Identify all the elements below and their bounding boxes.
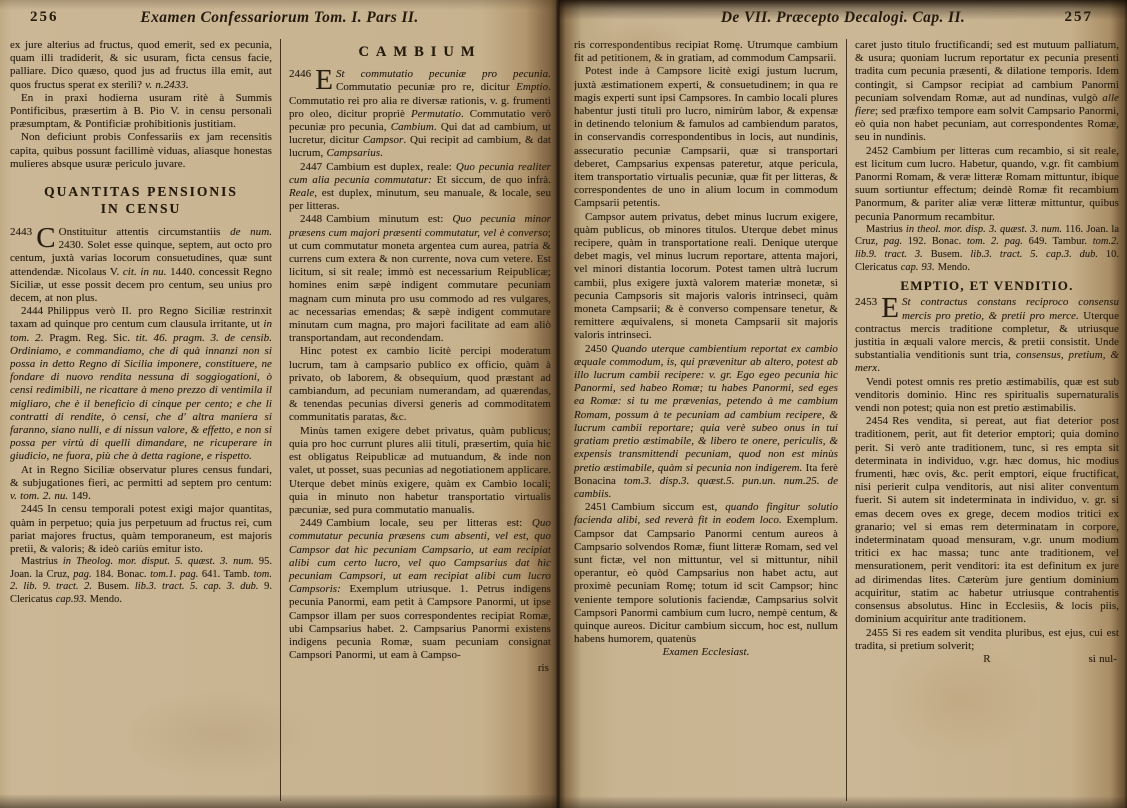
text-segment: Cambium siccum est, xyxy=(611,501,725,513)
paragraph-number: 2450 xyxy=(585,343,611,355)
column-foot-line: Rsi nul- xyxy=(855,653,1119,666)
text-segment: Mendo. xyxy=(87,594,122,605)
text-segment: 192. Bonac. xyxy=(902,236,967,247)
paragraph: Vendi potest omnis res pretio æstimabili… xyxy=(855,376,1119,416)
text-segment: Hinc potest ex cambio licitè percipi mod… xyxy=(289,345,551,423)
signature-mark: R xyxy=(855,653,1119,666)
paragraph-number: 2444 xyxy=(21,305,47,317)
section-heading: EMPTIO, ET VENDITIO. xyxy=(855,279,1119,292)
text-segment: caret justo titulo fructificandi; sed es… xyxy=(855,39,1119,104)
column-foot-line: Examen Ecclesiast. xyxy=(574,646,838,659)
text-segment: Campsor autem privatus, debet minus lucr… xyxy=(574,211,838,342)
text-segment: Commutatio pecuniæ pro re, dicitur xyxy=(336,81,516,93)
text-segment: tit. 46. pragm. 3. de censib. Ordiniamo,… xyxy=(10,332,272,463)
paragraph: Campsor autem privatus, debet minus lucr… xyxy=(574,211,838,343)
text-segment: v. n.2433. xyxy=(145,79,188,91)
text-segment: Busem. xyxy=(92,581,135,592)
paragraph: ris correspondentibus recipiat Romę. Utr… xyxy=(574,39,838,65)
text-segment: Onstituitur attentis circumstantiis xyxy=(59,226,230,238)
paragraph: 2443COnstituitur attentis circumstantiis… xyxy=(10,226,272,305)
paragraph: Mastrius in Theolog. mor. disput. 5. quæ… xyxy=(10,556,272,606)
text-segment: Campsarius xyxy=(326,147,380,159)
text-segment: Cambium xyxy=(391,121,434,133)
paragraph-number: 2443 xyxy=(10,226,36,239)
paragraph: 2450Quando uterque cambientium reportat … xyxy=(574,343,838,501)
running-title-right: De VII. Præcepto Decalogi. Cap. II. xyxy=(559,9,1127,27)
paragraph-number: 2448 xyxy=(300,213,326,225)
text-segment: pag. xyxy=(884,236,902,247)
paragraph-number: 2455 xyxy=(866,627,892,639)
paragraph: 2445In censu temporali potest exigi majo… xyxy=(10,503,272,556)
column-foot-line: ris xyxy=(289,662,551,675)
paragraph: 2455Si res eadem sit vendita pluribus, e… xyxy=(855,627,1119,653)
heading-line: EMPTIO, ET VENDITIO. xyxy=(855,279,1119,292)
text-segment: Cambium per litteras cum recambio, si si… xyxy=(855,145,1119,223)
text-segment: de num. xyxy=(230,226,272,238)
paragraph-number: 2453 xyxy=(855,296,881,309)
text-segment: Exemplum. Campsor dat Campsario Panormi … xyxy=(574,514,838,645)
text-segment: cap. 93. xyxy=(901,262,935,273)
text-segment: ; sed præfixo tempore eam solvit Campsar… xyxy=(855,105,1119,143)
section-heading: QUANTITAS PENSIONISIN CENSU xyxy=(10,183,272,217)
paragraph-number: 2452 xyxy=(866,145,892,157)
paragraph: Minùs tamen exigere debet privatus, quàm… xyxy=(289,425,551,517)
page-right-columns: ris correspondentibus recipiat Romę. Utr… xyxy=(559,35,1127,801)
text-segment: 649. Tambur. xyxy=(1023,236,1093,247)
text-segment: Mastrius xyxy=(866,224,906,235)
paragraph-number: 2446 xyxy=(289,68,315,81)
text-segment: Permutatio xyxy=(411,108,461,120)
text-segment: lib.3. tract. 5. cap. 3. dub. xyxy=(135,581,259,592)
text-segment: Campsor xyxy=(363,134,404,146)
text-segment: Emptio xyxy=(516,81,548,93)
paragraph: caret justo titulo fructificandi; sed es… xyxy=(855,39,1119,145)
text-segment: pag. xyxy=(73,569,91,580)
book-scan-spread: 256 Examen Confessariorum Tom. I. Pars I… xyxy=(0,0,1127,808)
running-title-left: Examen Confessariorum Tom. I. Pars II. xyxy=(0,9,559,27)
page-left: 256 Examen Confessariorum Tom. I. Pars I… xyxy=(0,0,559,808)
text-segment: in theol. mor. disp. 3. quæst. 3. num. xyxy=(906,224,1062,235)
text-segment: cap.93. xyxy=(56,594,87,605)
paragraph: En in praxi hodierna usuram ritè à Summi… xyxy=(10,92,272,132)
drop-cap: C xyxy=(36,226,58,252)
paragraph: Potest inde à Campsore licitè exigi just… xyxy=(574,65,838,210)
text-segment: Pragm. Reg. Sic. xyxy=(44,332,136,344)
text-segment: Cambium minutum est: xyxy=(326,213,452,225)
text-column: CAMBIUM2446ESt commutatio pecuniæ pro pe… xyxy=(280,39,551,801)
paragraph: At in Regno Siciliæ observatur plures ce… xyxy=(10,464,272,504)
text-segment: Non deficiunt probis Confessariis ex jam… xyxy=(10,131,272,169)
page-right-header: De VII. Præcepto Decalogi. Cap. II. 257 xyxy=(559,0,1127,35)
catchword: si nul- xyxy=(1088,653,1117,666)
paragraph: Non deficiunt probis Confessariis ex jam… xyxy=(10,131,272,171)
text-segment: tom.1. pag. xyxy=(150,569,198,580)
paragraph: Hinc potest ex cambio licitè percipi mod… xyxy=(289,345,551,424)
paragraph: 2448Cambium minutum est: Quo pecunia min… xyxy=(289,213,551,345)
heading-line: CAMBIUM xyxy=(289,46,551,59)
text-column: ex jure alterius ad fructus, quod emerit… xyxy=(10,39,272,801)
page-number-left: 256 xyxy=(30,9,59,26)
text-segment: Res vendita, si pereat, aut fiat deterio… xyxy=(855,415,1119,625)
text-segment: Cambium locale, seu per litteras est: xyxy=(326,517,532,529)
text-column: ris correspondentibus recipiat Romę. Utr… xyxy=(574,39,838,801)
text-segment: 641. Tamb. xyxy=(198,569,253,580)
text-segment: Et siccum, de quo infrà. xyxy=(432,174,551,186)
text-segment: , est duplex, minutum, seu manuale, & lo… xyxy=(289,187,551,212)
text-segment: 149. xyxy=(68,490,91,502)
text-segment: lib.3. tract. 5. cap.3. dub. xyxy=(970,249,1098,260)
drop-cap: E xyxy=(881,296,902,322)
text-segment: Mendo. xyxy=(935,262,970,273)
text-segment: v. tom. 2. nu. xyxy=(10,490,68,502)
page-number-right: 257 xyxy=(1065,9,1094,26)
text-segment: Reale xyxy=(289,187,314,199)
text-segment: ; ut cum commutatur moneta argentea cum … xyxy=(289,227,551,345)
text-segment: In censu temporali potest exigi major qu… xyxy=(10,503,272,555)
paragraph-number: 2454 xyxy=(866,415,892,427)
paragraph: 2446ESt commutatio pecuniæ pro pecunia. … xyxy=(289,68,551,160)
paragraph-number: 2451 xyxy=(585,501,611,513)
page-right: De VII. Præcepto Decalogi. Cap. II. 257 … xyxy=(559,0,1127,808)
text-column: caret justo titulo fructificandi; sed es… xyxy=(846,39,1119,801)
text-segment: cit. in nu. xyxy=(123,266,167,278)
page-left-columns: ex jure alterius ad fructus, quod emerit… xyxy=(0,35,559,801)
text-segment: in Theolog. mor. disput. 5. quæst. 3. nu… xyxy=(63,556,254,567)
gutter-shadow xyxy=(556,0,560,808)
signature-line: Examen Ecclesiast. xyxy=(574,646,838,659)
catchword: ris xyxy=(538,662,549,675)
text-segment: . xyxy=(380,147,383,159)
paragraph: 2453ESt contractus constans reciproco co… xyxy=(855,296,1119,375)
text-segment: Si res eadem sit vendita pluribus, est e… xyxy=(855,627,1119,652)
paragraph: 2451Cambium siccum est, quando fingitur … xyxy=(574,501,838,646)
paragraph: Mastrius in theol. mor. disp. 3. quæst. … xyxy=(855,224,1119,274)
text-segment: At in Regno Siciliæ observatur plures ce… xyxy=(10,464,272,489)
text-segment: . xyxy=(877,362,880,374)
text-segment: Philippus verò II. pro Regno Siciliæ res… xyxy=(10,305,272,330)
text-segment: Mastrius xyxy=(21,556,63,567)
text-segment: Minùs tamen exigere debet privatus, quàm… xyxy=(289,425,551,516)
paragraph: 2444Philippus verò II. pro Regno Siciliæ… xyxy=(10,305,272,463)
paragraph-number: 2445 xyxy=(21,503,47,515)
text-segment: Quando uterque cambientium reportat ex c… xyxy=(574,343,838,474)
paragraph: ex jure alterius ad fructus, quod emerit… xyxy=(10,39,272,92)
paragraph: 2454Res vendita, si pereat, aut fiat det… xyxy=(855,415,1119,626)
heading-line: IN CENSU xyxy=(10,200,272,217)
page-left-header: 256 Examen Confessariorum Tom. I. Pars I… xyxy=(0,0,559,35)
text-segment: Potest inde à Campsore licitè exigi just… xyxy=(574,65,838,209)
text-segment: Busem. xyxy=(923,249,971,260)
text-segment: ris correspondentibus recipiat Romę. Utr… xyxy=(574,39,838,64)
text-segment: En in praxi hodierna usuram ritè à Summi… xyxy=(10,92,272,130)
drop-cap: E xyxy=(315,68,336,94)
paragraph: 2447Cambium est duplex, reale: Quo pecun… xyxy=(289,161,551,214)
section-heading: CAMBIUM xyxy=(289,46,551,59)
paragraph: 2449Cambium locale, seu per litteras est… xyxy=(289,517,551,662)
text-segment: Cambium est duplex, reale: xyxy=(326,161,456,173)
paragraph-number: 2447 xyxy=(300,161,326,173)
text-segment: ex jure alterius ad fructus, quod emerit… xyxy=(10,39,272,91)
paragraph-number: 2449 xyxy=(300,517,326,529)
text-segment: St commutatio pecuniæ pro pecunia. xyxy=(336,68,551,80)
text-segment: 184. Bonac. xyxy=(92,569,151,580)
text-segment: Vendi potest omnis res pretio æstimabili… xyxy=(855,376,1119,414)
paragraph: 2452Cambium per litteras cum recambio, s… xyxy=(855,145,1119,224)
heading-line: QUANTITAS PENSIONIS xyxy=(10,183,272,200)
text-segment: tom. 2. pag. xyxy=(967,236,1023,247)
